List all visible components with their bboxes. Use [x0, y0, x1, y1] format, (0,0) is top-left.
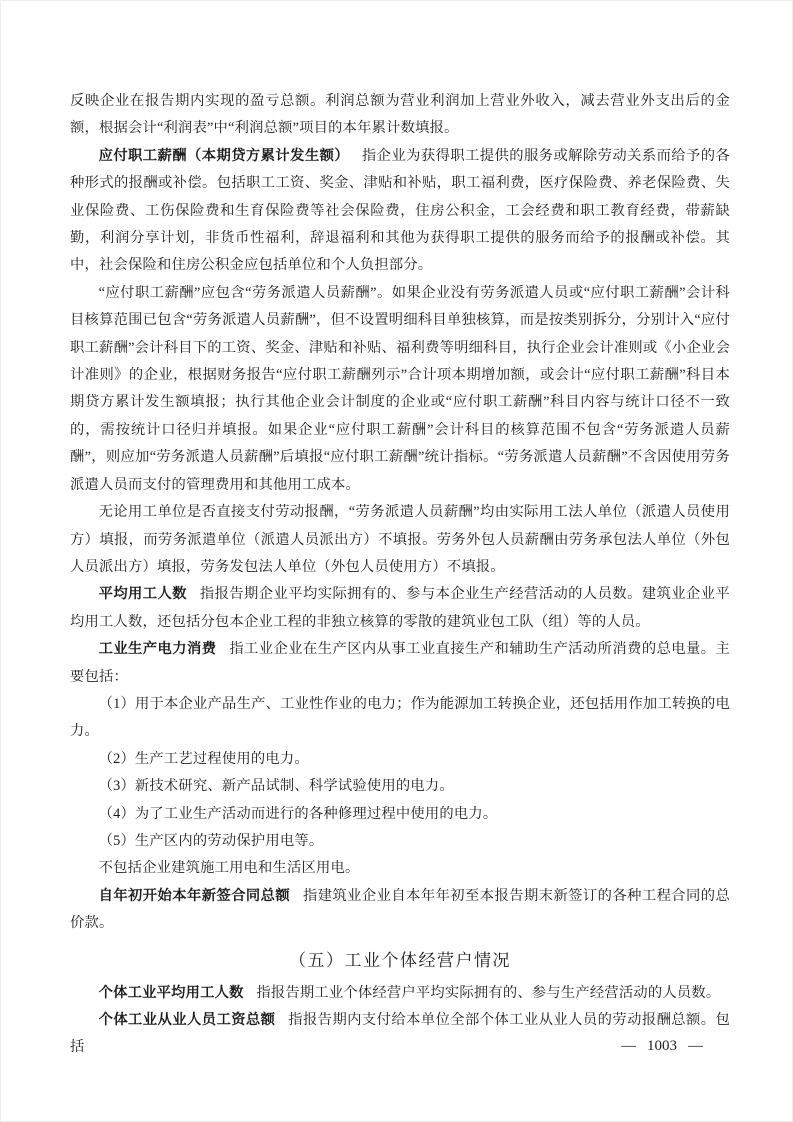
- paragraph-dispatched-labor-inclusion: “应付职工薪酬”应包含“劳务派遣人员薪酬”。如果企业没有劳务派遣人员或“应付职工…: [70, 280, 730, 499]
- document-body: 反映企业在报告期内实现的盈亏总额。利润总额为营业利润加上营业外收入，减去营业外支…: [70, 88, 730, 1062]
- paragraph-average-employees: 平均用工人数指报告期企业平均实际拥有的、参与本企业生产经营活动的人员数。建筑业企…: [70, 581, 730, 636]
- page-footer: — 1003 —: [621, 1036, 703, 1056]
- list-item-text: （1）用于本企业产品生产、工业性作业的电力；作为能源加工转换企业，还包括用作加工…: [70, 696, 730, 739]
- paragraph-employee-compensation: 应付职工薪酬（本期贷方累计发生额）指企业为获得职工提供的服务或解除劳动关系而给予…: [70, 143, 730, 280]
- term-label-industrial-electricity: 工业生产电力消费: [99, 641, 217, 657]
- paragraph-exclusions-note: 不包括企业建筑施工用电和生活区用电。: [70, 855, 730, 882]
- footer-left-dash: —: [621, 1036, 636, 1056]
- paragraph-text: 指报告期工业个体经营户平均实际拥有的、参与生产经营活动的人员数。: [256, 985, 720, 1001]
- page-number: 1003: [647, 1036, 677, 1056]
- document-page: 反映企业在报告期内实现的盈亏总额。利润总额为营业利润加上营业外收入，减去营业外支…: [0, 0, 793, 1122]
- section-heading-individual-industry: （五）工业个体经营户情况: [70, 946, 730, 976]
- list-item-text: （5）生产区内的劳动保护用电等。: [99, 833, 324, 849]
- paragraph-text: 无论用工单位是否直接支付劳动报酬，“劳务派遣人员薪酬”均由实际用工法人单位（派遣…: [70, 504, 730, 575]
- term-label-individual-average-employees: 个体工业平均用工人数: [99, 985, 244, 1001]
- term-label-average-employees: 平均用工人数: [99, 586, 187, 602]
- list-item-3: （3）新技术研究、新产品试制、科学试验使用的电力。: [70, 773, 730, 800]
- list-item-5: （5）生产区内的劳动保护用电等。: [70, 828, 730, 855]
- paragraph-individual-average-employees: 个体工业平均用工人数指报告期工业个体经营户平均实际拥有的、参与生产经营活动的人员…: [70, 980, 730, 1007]
- paragraph-industrial-electricity: 工业生产电力消费指工业企业在生产区内从事工业直接生产和辅助生产活动所消费的总电量…: [70, 636, 730, 691]
- term-label-new-contracts-total: 自年初开始本年新签合同总额: [99, 888, 291, 904]
- paragraph-new-contracts-total: 自年初开始本年新签合同总额指建筑业企业自本年年初至本报告期末新签订的各种工程合同…: [70, 883, 730, 938]
- paragraph-text: 不包括企业建筑施工用电和生活区用电。: [99, 860, 360, 876]
- paragraph-profit-total-note: 反映企业在报告期内实现的盈亏总额。利润总额为营业利润加上营业外收入，减去营业外支…: [70, 88, 730, 143]
- footer-right-dash: —: [688, 1036, 703, 1056]
- paragraph-text: 指企业为获得职工提供的服务或解除劳动关系而给予的各种形式的报酬或补偿。包括职工工…: [70, 148, 730, 274]
- list-item-text: （4）为了工业生产活动而进行的各种修理过程中使用的电力。: [99, 806, 498, 822]
- list-item-4: （4）为了工业生产活动而进行的各种修理过程中使用的电力。: [70, 801, 730, 828]
- list-item-text: （3）新技术研究、新产品试制、科学试验使用的电力。: [99, 778, 454, 794]
- list-item-text: （2）生产工艺过程使用的电力。: [99, 751, 309, 767]
- list-item-2: （2）生产工艺过程使用的电力。: [70, 746, 730, 773]
- term-label-employee-compensation: 应付职工薪酬（本期贷方累计发生额）: [99, 148, 349, 164]
- paragraph-text: “应付职工薪酬”应包含“劳务派遣人员薪酬”。如果企业没有劳务派遣人员或“应付职工…: [70, 285, 730, 493]
- term-label-individual-wage-total: 个体工业从业人员工资总额: [99, 1012, 276, 1028]
- list-item-1: （1）用于本企业产品生产、工业性作业的电力；作为能源加工转换企业，还包括用作加工…: [70, 691, 730, 746]
- paragraph-dispatched-labor-reporting: 无论用工单位是否直接支付劳动报酬，“劳务派遣人员薪酬”均由实际用工法人单位（派遣…: [70, 499, 730, 581]
- paragraph-text: 反映企业在报告期内实现的盈亏总额。利润总额为营业利润加上营业外收入，减去营业外支…: [70, 93, 730, 136]
